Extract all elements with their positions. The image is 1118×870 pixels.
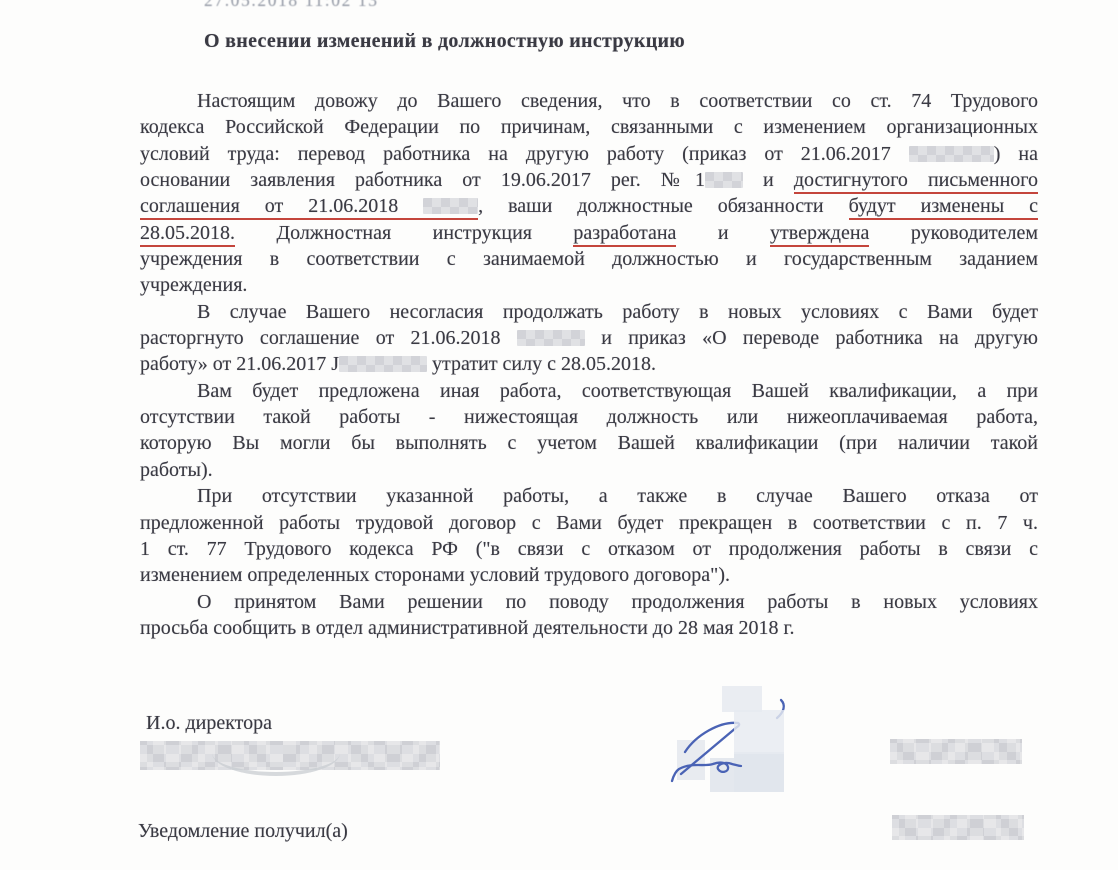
- document-page: 27.05.2018 11:02 13 О внесении изменений…: [0, 0, 1118, 870]
- doc-line: предложенной работы трудовой договор с В…: [140, 510, 1038, 536]
- doc-line: учреждения в соответствии с занимаемой д…: [140, 246, 1038, 272]
- doc-text-underlined: будут изменены с: [849, 195, 1038, 220]
- doc-line: кодекса Российской Федерации по причинам…: [140, 114, 1038, 140]
- doc-line: расторгнуто соглашение от 21.06.2018 и п…: [140, 325, 1038, 351]
- doc-text: О принятом Вами решении по поводу продол…: [197, 591, 1038, 613]
- doc-line: отсутствии такой работы - нижестоящая до…: [140, 404, 1038, 430]
- doc-text: 1 ст. 77 Трудового кодекса РФ ("в связи …: [140, 538, 1038, 560]
- doc-text: отсутствии такой работы - нижестоящая до…: [140, 406, 1038, 428]
- pixelation-patch: [734, 752, 784, 792]
- doc-text: ) на: [994, 143, 1038, 165]
- doc-line: 28.05.2018. Должностная инструкция разра…: [140, 220, 1038, 246]
- doc-text: Настоящим довожу до Вашего сведения, что…: [197, 90, 1038, 112]
- doc-text-underlined: 28.05.2018.: [140, 222, 235, 247]
- doc-text-underlined: утверждена: [770, 222, 869, 247]
- doc-text: работу» от 21.06.2017 J: [140, 353, 339, 375]
- redacted-recipient-name: [892, 815, 1024, 840]
- doc-text: просьба сообщить в отдел административно…: [140, 617, 795, 639]
- doc-line: В случае Вашего несогласия продолжать ра…: [140, 299, 1038, 325]
- redacted-agreement-number: [423, 198, 478, 214]
- doc-text: утратит силу с 28.05.2018.: [432, 353, 656, 375]
- doc-text: и: [763, 169, 774, 191]
- pixelation-patch: [722, 686, 762, 712]
- doc-text: и: [718, 222, 729, 244]
- doc-body: Настоящим довожу до Вашего сведения, что…: [140, 88, 1038, 641]
- redacted-order-number: [909, 146, 994, 162]
- doc-text: изменением определенных сторонами услови…: [140, 564, 730, 586]
- doc-line: которую Вы могли бы выполнять с учетом В…: [140, 430, 1038, 456]
- doc-line: учреждения.: [140, 272, 1038, 298]
- doc-line: работу» от 21.06.2017 J утратит силу с 2…: [140, 351, 1038, 377]
- header-timestamp: 27.05.2018 11:02 13: [204, 0, 464, 10]
- acting-director-label: И.о. директора: [146, 712, 272, 735]
- doc-text: учреждения.: [140, 274, 247, 296]
- doc-text: , ваши должностные обязанности: [478, 195, 823, 217]
- doc-text: При отсутствии указанной работы, а также…: [197, 485, 1038, 507]
- doc-line: Настоящим довожу до Вашего сведения, что…: [140, 88, 1038, 114]
- doc-text-underlined: соглашения от 21.06.2018: [140, 195, 478, 220]
- doc-line: основании заявления работника от 19.06.2…: [140, 167, 1038, 193]
- doc-text: основании заявления работника от 19.06.2…: [140, 169, 705, 191]
- doc-text: учреждения в соответствии с занимаемой д…: [140, 248, 1038, 270]
- redacted-reg-number: [705, 172, 743, 188]
- redacted-signatory-name: [890, 739, 1022, 764]
- doc-title: О внесении изменений в должностную инстр…: [204, 30, 685, 53]
- doc-line: 1 ст. 77 Трудового кодекса РФ ("в связи …: [140, 536, 1038, 562]
- redacted-order-number: [339, 356, 427, 372]
- doc-text: которую Вы могли бы выполнять с учетом В…: [140, 432, 1038, 454]
- doc-text: работы).: [140, 459, 213, 481]
- notice-received-label: Уведомление получил(а): [138, 820, 348, 843]
- doc-text: расторгнуто соглашение от 21.06.2018: [140, 327, 501, 349]
- signature-handwritten: [600, 672, 830, 812]
- doc-text: руководителем: [911, 222, 1038, 244]
- doc-line: Вам будет предложена иная работа, соотве…: [140, 378, 1038, 404]
- pixelation-patch: [734, 710, 784, 754]
- signature-svg: [600, 672, 830, 812]
- doc-text: Должностная инструкция: [276, 222, 532, 244]
- redacted-agreement-number: [517, 330, 585, 346]
- scan-artifact-arc: [212, 748, 340, 776]
- doc-text: В случае Вашего несогласия продолжать ра…: [197, 301, 1038, 323]
- doc-line: просьба сообщить в отдел административно…: [140, 615, 1038, 641]
- doc-line: О принятом Вами решении по поводу продол…: [140, 589, 1038, 615]
- doc-text: условий труда: перевод работника на друг…: [140, 143, 891, 165]
- doc-line: работы).: [140, 457, 1038, 483]
- doc-text-underlined: разработана: [573, 222, 676, 247]
- doc-text: соглашения от 21.06.2018: [140, 195, 398, 217]
- doc-line: изменением определенных сторонами услови…: [140, 562, 1038, 588]
- doc-text: предложенной работы трудовой договор с В…: [140, 512, 1038, 534]
- doc-text: кодекса Российской Федерации по причинам…: [140, 116, 1038, 138]
- header-timestamp-text: 27.05.2018 11:02 13: [204, 0, 464, 10]
- doc-text-underlined: достигнутого письменного: [794, 169, 1038, 194]
- doc-line: условий труда: перевод работника на друг…: [140, 141, 1038, 167]
- doc-line: При отсутствии указанной работы, а также…: [140, 483, 1038, 509]
- doc-text: и приказ «О переводе работника на другую: [601, 327, 1038, 349]
- doc-text: Вам будет предложена иная работа, соотве…: [197, 380, 1038, 402]
- doc-line: соглашения от 21.06.2018 , ваши должност…: [140, 193, 1038, 219]
